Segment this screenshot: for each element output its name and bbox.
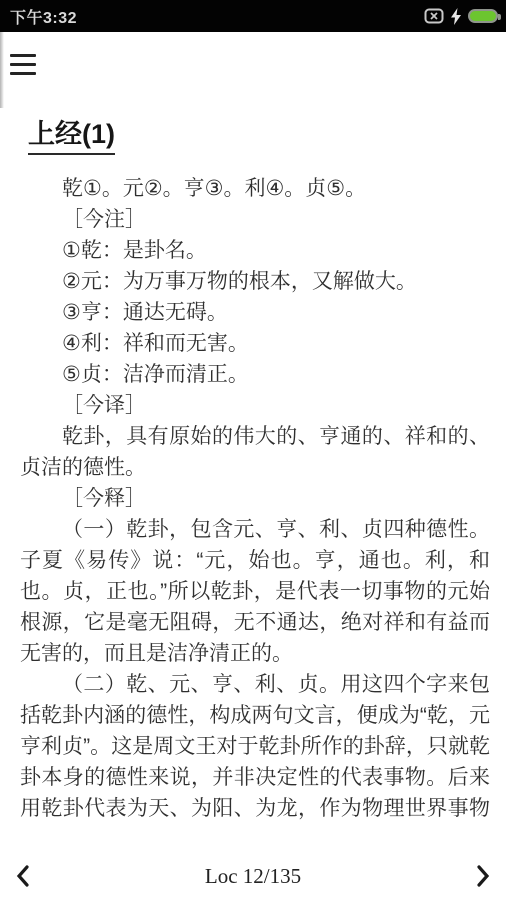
page-text: 乾①。元②。亨③。利④。贞⑤。 ［今注］ ①乾：是卦名。 ②元：为万事万物的根本… <box>20 173 490 824</box>
status-bar: 下午3:32 <box>0 0 506 32</box>
app-bar <box>0 32 506 110</box>
paragraph: ［今译］ <box>20 390 490 421</box>
status-time: 下午3:32 <box>10 5 77 28</box>
paragraph: ①乾：是卦名。 <box>20 235 490 266</box>
paragraph: ⑤贞：洁净而清正。 <box>20 359 490 390</box>
sim-error-icon <box>424 8 444 24</box>
paragraph: （一）乾卦，包含元、亨、利、贞四种德性。子夏《易传》说：“元，始也。亨，通也。利… <box>20 514 490 669</box>
location-indicator: Loc 12/135 <box>0 864 506 889</box>
paragraph: ［今释］ <box>20 483 490 514</box>
page-title: 上经(1) <box>28 118 115 155</box>
reader-screen: 下午3:32 上经(1) 乾①。元②。亨③。利④。贞⑤。 ［今注］ ①乾：是卦名… <box>0 0 506 900</box>
reading-content: 上经(1) 乾①。元②。亨③。利④。贞⑤。 ［今注］ ①乾：是卦名。 ②元：为万… <box>0 110 506 852</box>
charging-icon <box>451 8 461 25</box>
page-nav-bar: Loc 12/135 <box>0 852 506 900</box>
battery-icon <box>468 9 498 23</box>
paragraph: ④利：祥和而无害。 <box>20 328 490 359</box>
chevron-left-icon[interactable] <box>16 864 30 888</box>
chevron-right-icon[interactable] <box>476 864 490 888</box>
paragraph: 乾①。元②。亨③。利④。贞⑤。 <box>20 173 490 204</box>
menu-icon[interactable] <box>10 54 36 75</box>
paragraph: ②元：为万事万物的根本，又解做大。 <box>20 266 490 297</box>
paragraph: 乾卦，具有原始的伟大的、亨通的、祥和的、贞洁的德性。 <box>20 421 490 483</box>
drawer-edge-shadow <box>0 32 4 108</box>
paragraph: ［今注］ <box>20 204 490 235</box>
paragraph: （二）乾、元、亨、利、贞。用这四个字来包括乾卦内涵的德性，构成两句文言，便成为“… <box>20 669 490 824</box>
status-icons <box>424 8 498 25</box>
paragraph: ③亨：通达无碍。 <box>20 297 490 328</box>
